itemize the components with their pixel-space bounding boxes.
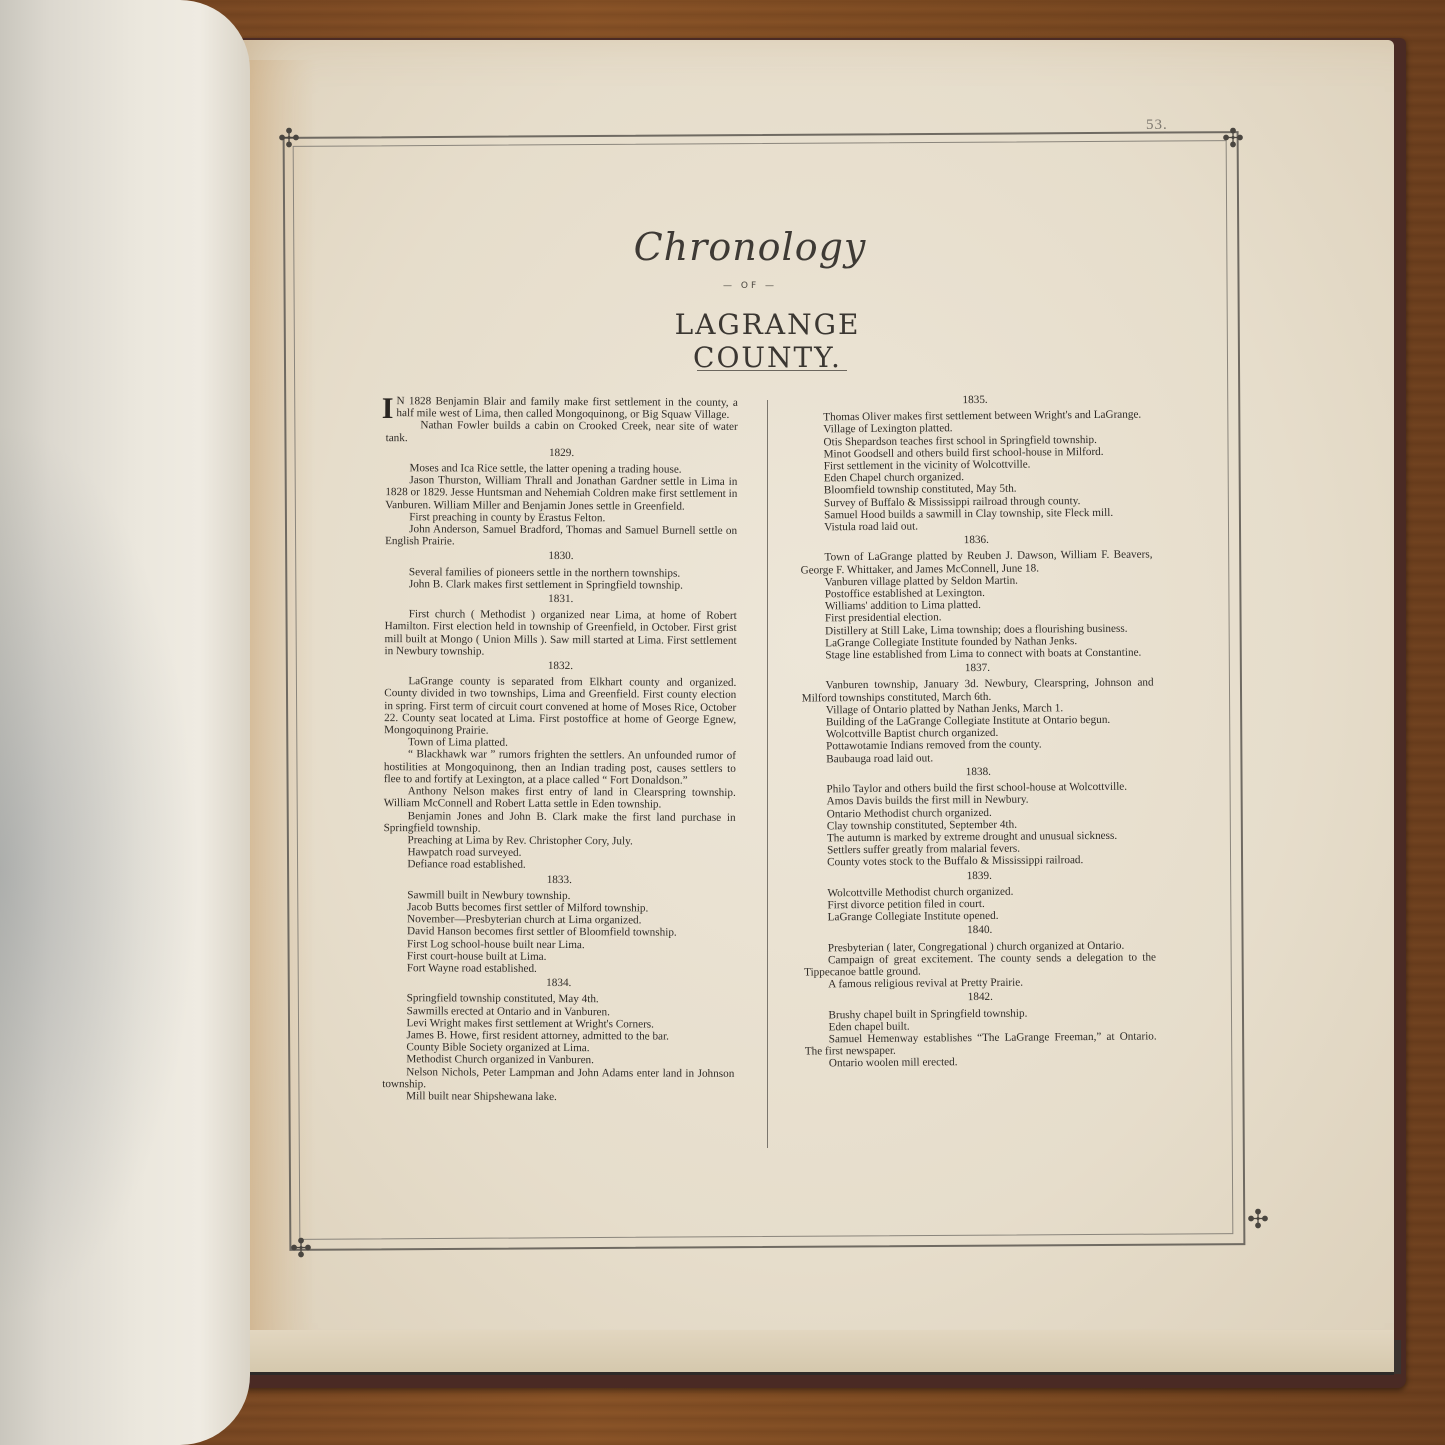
page-title: Chronology <box>600 225 900 269</box>
page-subtitle: LAGRANGE COUNTY. <box>595 308 940 374</box>
left-page-shadow <box>0 420 200 1320</box>
chronology-entry: Samuel Hemenway establishes “The LaGrang… <box>805 1030 1157 1057</box>
chronology-entry: Defiance road established. <box>383 858 735 872</box>
year-heading: 1831. <box>385 592 737 606</box>
year-heading: 1832. <box>384 659 736 673</box>
year-heading: 1842. <box>804 990 1156 1005</box>
year-heading: 1840. <box>804 923 1156 938</box>
title-of: — OF — <box>700 281 800 291</box>
chronology-entry: Stage line established from Lima to conn… <box>801 647 1153 662</box>
chronology-entry: Fort Wayne road established. <box>383 962 735 976</box>
chronology-entry: Vanburen township, January 3d. Newbury, … <box>802 677 1154 704</box>
chronology-entry: John B. Clark makes first settlement in … <box>385 578 737 592</box>
chronology-entry: Baubauga road laid out. <box>802 750 1154 765</box>
title-divider <box>697 370 847 371</box>
page-stack-edge <box>226 1330 1394 1375</box>
chronology-entry: LaGrange Collegiate Institute opened. <box>804 909 1156 924</box>
chronology-entry: “ Blackhawk war ” rumors frighten the se… <box>384 749 736 787</box>
column-divider <box>767 400 768 1148</box>
chronology-entry: Town of LaGrange platted by Reuben J. Da… <box>800 549 1152 576</box>
year-heading: 1833. <box>383 873 735 887</box>
chronology-entry: David Hanson becomes first settler of Bl… <box>383 925 735 939</box>
chronology-entry: Anthony Nelson makes first entry of land… <box>384 785 736 811</box>
year-heading: 1838. <box>802 764 1154 779</box>
year-heading: 1834. <box>383 976 735 990</box>
chronology-entry: Nathan Fowler builds a cabin on Crooked … <box>386 419 738 445</box>
right-column: 1835.Thomas Oliver makes first settlemen… <box>799 390 1157 1070</box>
chronology-entry: First church ( Methodist ) organized nea… <box>384 608 736 659</box>
drop-cap: I <box>382 395 394 423</box>
year-heading: 1836. <box>800 533 1152 548</box>
year-heading: 1830. <box>385 550 737 564</box>
chronology-entry: Campaign of great excitement. The county… <box>804 951 1156 978</box>
chronology-entry: Vistula road laid out. <box>800 519 1152 534</box>
left-column: IN 1828 Benjamin Blair and family make f… <box>382 395 738 1104</box>
year-heading: 1839. <box>803 868 1155 883</box>
chronology-entry: Jason Thurston, William Thrall and Jonat… <box>385 474 737 512</box>
corner-ornament-icon: ✣ <box>1218 124 1248 154</box>
year-heading: 1837. <box>801 661 1153 676</box>
chronology-entry: IN 1828 Benjamin Blair and family make f… <box>386 395 738 421</box>
chronology-entry: A famous religious revival at Pretty Pra… <box>804 976 1156 991</box>
corner-ornament-icon: ✣ <box>1243 1205 1273 1235</box>
year-heading: 1835. <box>799 392 1151 407</box>
corner-ornament-icon: ✣ <box>286 1234 316 1264</box>
chronology-entry: Mill built near Shipshewana lake. <box>382 1090 734 1104</box>
page-number: 53. <box>1146 117 1168 134</box>
chronology-entry: LaGrange county is separated from Elkhar… <box>384 675 736 738</box>
corner-ornament-icon: ✣ <box>274 124 304 154</box>
chronology-entry: County votes stock to the Buffalo & Miss… <box>803 854 1155 869</box>
year-heading: 1829. <box>386 446 738 460</box>
chronology-entry: John Anderson, Samuel Bradford, Thomas a… <box>385 523 737 549</box>
chronology-entry: Benjamin Jones and John B. Clark make th… <box>384 810 736 836</box>
chronology-entry: Nelson Nichols, Peter Lampman and John A… <box>382 1066 734 1092</box>
